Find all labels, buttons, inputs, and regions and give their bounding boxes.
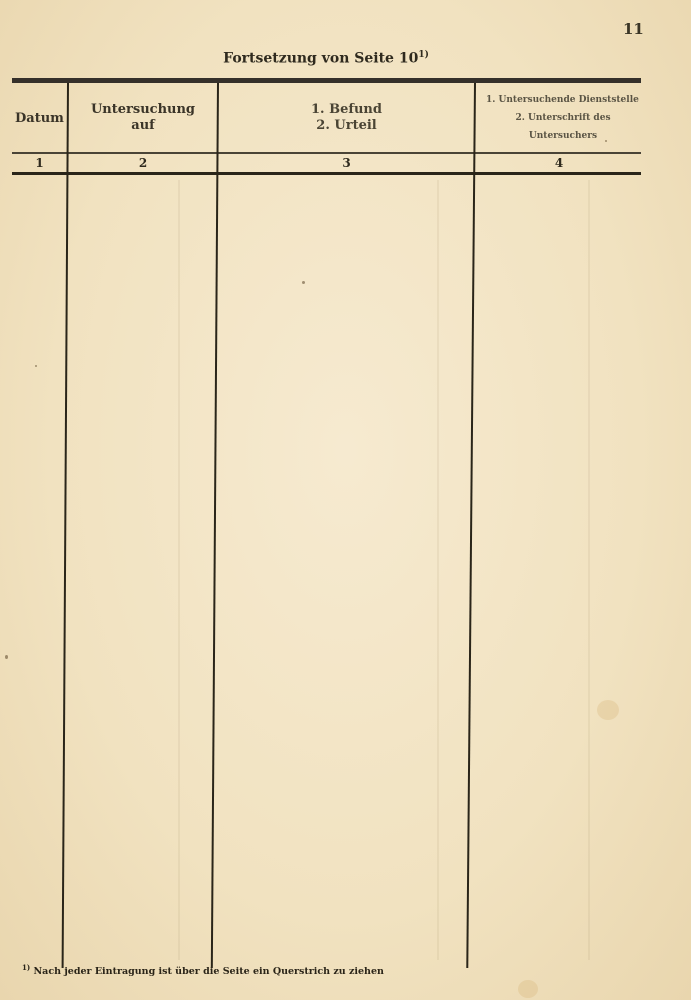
header-datum-label: Datum bbox=[15, 111, 64, 126]
paper-stain bbox=[597, 700, 619, 720]
column-number-4: 4 bbox=[478, 156, 640, 172]
header-untersuchung-line1: Untersuchung bbox=[91, 102, 195, 118]
column-number-1: 1 bbox=[12, 156, 67, 172]
header-datum: Datum bbox=[12, 84, 67, 152]
header-befund-urteil: 1. Befund 2. Urteil bbox=[219, 84, 474, 152]
footnote-mark: 1) bbox=[22, 963, 30, 972]
page-title: Fortsetzung von Seite 101) bbox=[0, 50, 652, 67]
footnote-text: Nach jeder Eintragung ist über die Seite… bbox=[34, 966, 384, 977]
page-number: 11 bbox=[623, 20, 644, 38]
page-title-text: Fortsetzung von Seite 10 bbox=[223, 51, 418, 67]
header-dienststelle-line2: 2. Unterschrift des Untersuchers bbox=[486, 109, 640, 145]
title-footnote-mark: 1) bbox=[418, 50, 429, 60]
paper-speck bbox=[302, 281, 305, 284]
header-dienststelle: 1. Untersuchende Dienststelle 2. Untersc… bbox=[478, 84, 640, 152]
header-untersuchung: Untersuchung auf bbox=[69, 84, 217, 152]
header-befund: 1. Befund bbox=[311, 102, 382, 118]
header-untersuchung-line2: auf bbox=[131, 118, 154, 134]
paper-speck bbox=[35, 365, 37, 367]
footnote: 1) Nach jeder Eintragung ist über die Se… bbox=[22, 963, 384, 977]
column-number-3: 3 bbox=[219, 156, 474, 172]
paper-stain bbox=[518, 980, 538, 998]
paper-speck bbox=[605, 140, 607, 142]
column-number-2: 2 bbox=[69, 156, 217, 172]
paper-speck bbox=[5, 655, 8, 659]
header-urteil: 2. Urteil bbox=[316, 118, 376, 134]
table-top-rule bbox=[12, 78, 641, 83]
table-body-empty bbox=[12, 175, 641, 965]
header-dienststelle-line1: 1. Untersuchende Dienststelle bbox=[486, 91, 639, 109]
header-divider-rule bbox=[12, 152, 641, 154]
